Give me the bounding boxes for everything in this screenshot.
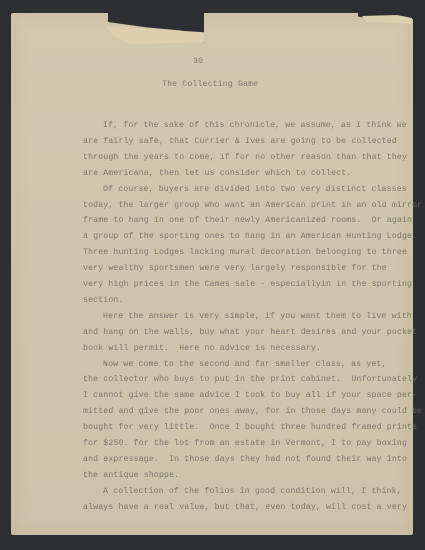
text-line: very high prices in the Cames sale - esp… bbox=[83, 280, 412, 289]
page-title: The Collecting Game bbox=[162, 80, 258, 89]
text-line: today, the larger group who want an Amer… bbox=[83, 201, 422, 210]
text-line: Now we come to the second and far smalle… bbox=[103, 360, 387, 369]
text-line: and hang on the walls, buy what your hea… bbox=[83, 328, 417, 337]
text-line: through the years to come, if for no oth… bbox=[83, 153, 407, 162]
text-line: the antique shoppe. bbox=[83, 471, 179, 480]
text-line: frame to hang in one of their newly Amer… bbox=[83, 216, 412, 225]
text-line: Of course, buyers are divided into two v… bbox=[103, 185, 407, 194]
text-line: mitted and give the poor ones away, for … bbox=[83, 407, 422, 416]
text-line: bought for very little. Once I bought th… bbox=[83, 423, 417, 432]
text-line: A collection of the folios in good condi… bbox=[103, 487, 402, 496]
text-line: are Americana, then let us consider whic… bbox=[83, 169, 351, 178]
text-line: always have a real value, but that, even… bbox=[83, 503, 407, 512]
text-line: Here the answer is very simple, if you w… bbox=[103, 312, 412, 321]
text-line: the collector who buys to put in the pri… bbox=[83, 375, 417, 384]
text-line: for $250. for the lot from an estate in … bbox=[83, 439, 407, 448]
text-line: book will permit. Here no advice is nece… bbox=[83, 344, 321, 353]
text-line: section. bbox=[83, 296, 124, 305]
text-line: If, for the sake of this chronicle, we a… bbox=[103, 121, 407, 130]
text-line: a group of the sporting ones to hang in … bbox=[83, 232, 417, 241]
text-line: I cannot give the same advice I took to … bbox=[83, 391, 417, 400]
text-line: Three hunting Lodges lacking mural decor… bbox=[83, 248, 407, 257]
text-line: and expressage. In those days they had n… bbox=[83, 455, 407, 464]
text-line: very wealthy sportsmen were very largely… bbox=[83, 264, 387, 273]
page-number: 30 bbox=[193, 57, 203, 66]
text-line: are fairly safe, that Currier & Ives are… bbox=[83, 137, 397, 146]
